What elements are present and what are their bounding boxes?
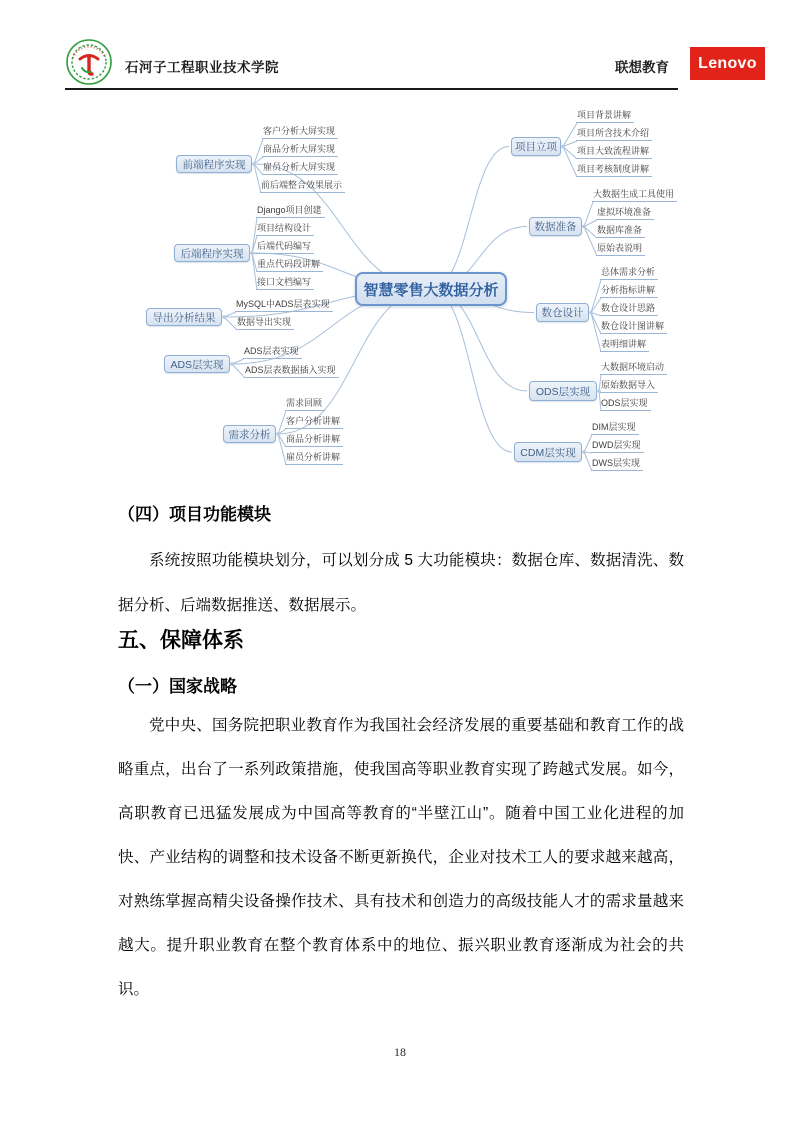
mindmap-leaf-node: DWS层实现 — [591, 458, 643, 471]
header-divider — [65, 88, 678, 90]
page-header: 石河子工程职业技术学院 联想教育 Lenovo — [65, 38, 765, 98]
mindmap-branch-node: 后端程序实现 — [174, 244, 250, 262]
mindmap-leaf-node: ADS层表实现 — [243, 346, 302, 359]
connector-dot — [582, 225, 586, 229]
mindmap-branch-node: 导出分析结果 — [146, 308, 222, 326]
connector-line — [431, 289, 512, 452]
connector-dot — [250, 251, 254, 255]
mindmap-leaf-node: ADS层表数据插入实现 — [244, 365, 339, 378]
school-name: 石河子工程职业技术学院 — [125, 56, 279, 76]
mindmap-leaf-node: 数据库准备 — [596, 225, 645, 238]
mindmap-leaf-node: 接口文档编写 — [256, 277, 314, 290]
connector-dot — [589, 311, 593, 315]
mindmap-leaf-node: 数据导出实现 — [236, 317, 294, 330]
lenovo-logo: Lenovo — [690, 47, 765, 80]
mindmap-leaf-node: 虚拟环境准备 — [596, 207, 654, 220]
mindmap-leaf-node: 客户分析大屏实现 — [262, 126, 338, 139]
mindmap-branch-node: CDM层实现 — [514, 442, 582, 462]
connector-line — [224, 312, 236, 317]
paragraph-modules: 系统按照功能模块划分，可以划分成 5 大功能模块：数据仓库、数据清洗、数据分析、… — [118, 538, 684, 628]
school-logo-icon — [65, 38, 113, 86]
mindmap-leaf-node: 前后端整合效果展示 — [260, 180, 345, 193]
mindmap-leaf-node: Django项目创建 — [256, 205, 325, 218]
mindmap-leaf-node: MySQL中ADS层表实现 — [235, 299, 333, 312]
mindmap-branch-node: 数仓设计 — [536, 303, 589, 322]
mindmap-leaf-node: 后端代码编写 — [256, 241, 314, 254]
mindmap-leaf-node: 原始数据导入 — [600, 380, 658, 393]
connector-dot — [252, 162, 256, 166]
section-heading-modules: （四）项目功能模块 — [118, 500, 271, 525]
mindmap-leaf-node: 大数据生成工具使用 — [592, 189, 677, 202]
mindmap-leaf-node: ODS层实现 — [600, 398, 651, 411]
mindmap-leaf-node: 项目所含技术介绍 — [576, 128, 652, 141]
mindmap-branch-node: 项目立项 — [511, 137, 561, 156]
mindmap-branch-node: 数据准备 — [529, 217, 582, 236]
mindmap-leaf-node: 重点代码段讲解 — [256, 259, 323, 272]
connector-line — [563, 147, 577, 178]
connector-line — [563, 123, 577, 147]
mindmap-leaf-node: DWD层实现 — [591, 440, 644, 453]
mindmap-leaf-node: 商品分析大屏实现 — [262, 144, 338, 157]
mindmap-branch-node: ADS层实现 — [164, 355, 230, 373]
mindmap-leaf-node: 分析指标讲解 — [600, 285, 658, 298]
paragraph-national: 党中央、国务院把职业教育作为我国社会经济发展的重要基础和教育工作的战略重点，出台… — [118, 704, 684, 1012]
mindmap-leaf-node: 客户分析讲解 — [285, 416, 343, 429]
mindmap-leaf-node: 原始表说明 — [596, 243, 645, 256]
mindmap-central-node: 智慧零售大数据分析 — [355, 272, 507, 306]
lenovo-logo-text: Lenovo — [698, 55, 757, 73]
brand-text: 联想教育 — [615, 56, 669, 76]
section-heading-national: （一）国家战略 — [118, 672, 237, 697]
connector-dot — [561, 145, 565, 149]
connector-dot — [230, 362, 234, 366]
mindmap-leaf-node: 雇员分析讲解 — [285, 452, 343, 465]
mindmap-leaf-node: 项目结构设计 — [256, 223, 314, 236]
mindmap-leaf-node: 数仓设计图讲解 — [600, 321, 667, 334]
mindmap-leaf-node: 项目背景讲解 — [576, 110, 634, 123]
mindmap-leaf-node: 项目考核制度讲解 — [576, 164, 652, 177]
mindmap-leaf-node: 表明细讲解 — [600, 339, 649, 352]
page-number: 18 — [0, 1045, 800, 1060]
connector-line — [431, 147, 509, 290]
connector-line — [563, 147, 577, 160]
mindmap-leaf-node: 总体需求分析 — [600, 267, 658, 280]
mindmap-branch-node: 需求分析 — [223, 425, 276, 443]
mindmap-leaf-node: 项目大致流程讲解 — [576, 146, 652, 159]
mindmap-branch-node: ODS层实现 — [529, 381, 597, 401]
connector-dot — [222, 315, 226, 319]
mindmap-leaf-node: DIM层实现 — [591, 422, 639, 435]
mindmap-branch-node: 前端程序实现 — [176, 155, 252, 173]
mindmap-leaf-node: 数仓设计思路 — [600, 303, 658, 316]
chapter-heading-guarantee: 五、保障体系 — [118, 624, 244, 654]
mindmap-leaf-node: 雇员分析大屏实现 — [262, 162, 338, 175]
mindmap-leaf-node: 大数据环境启动 — [600, 362, 667, 375]
mindmap-leaf-node: 商品分析讲解 — [285, 434, 343, 447]
connector-dot — [582, 450, 586, 454]
connector-dot — [276, 432, 280, 436]
document-page: 石河子工程职业技术学院 联想教育 Lenovo 前端程序实现客户分析大屏实现商品… — [0, 0, 800, 1131]
mindmap-leaf-node: 需求回顾 — [285, 398, 325, 411]
mindmap: 前端程序实现客户分析大屏实现商品分析大屏实现雇员分析大屏实现前后端整合效果展示后… — [140, 100, 685, 495]
